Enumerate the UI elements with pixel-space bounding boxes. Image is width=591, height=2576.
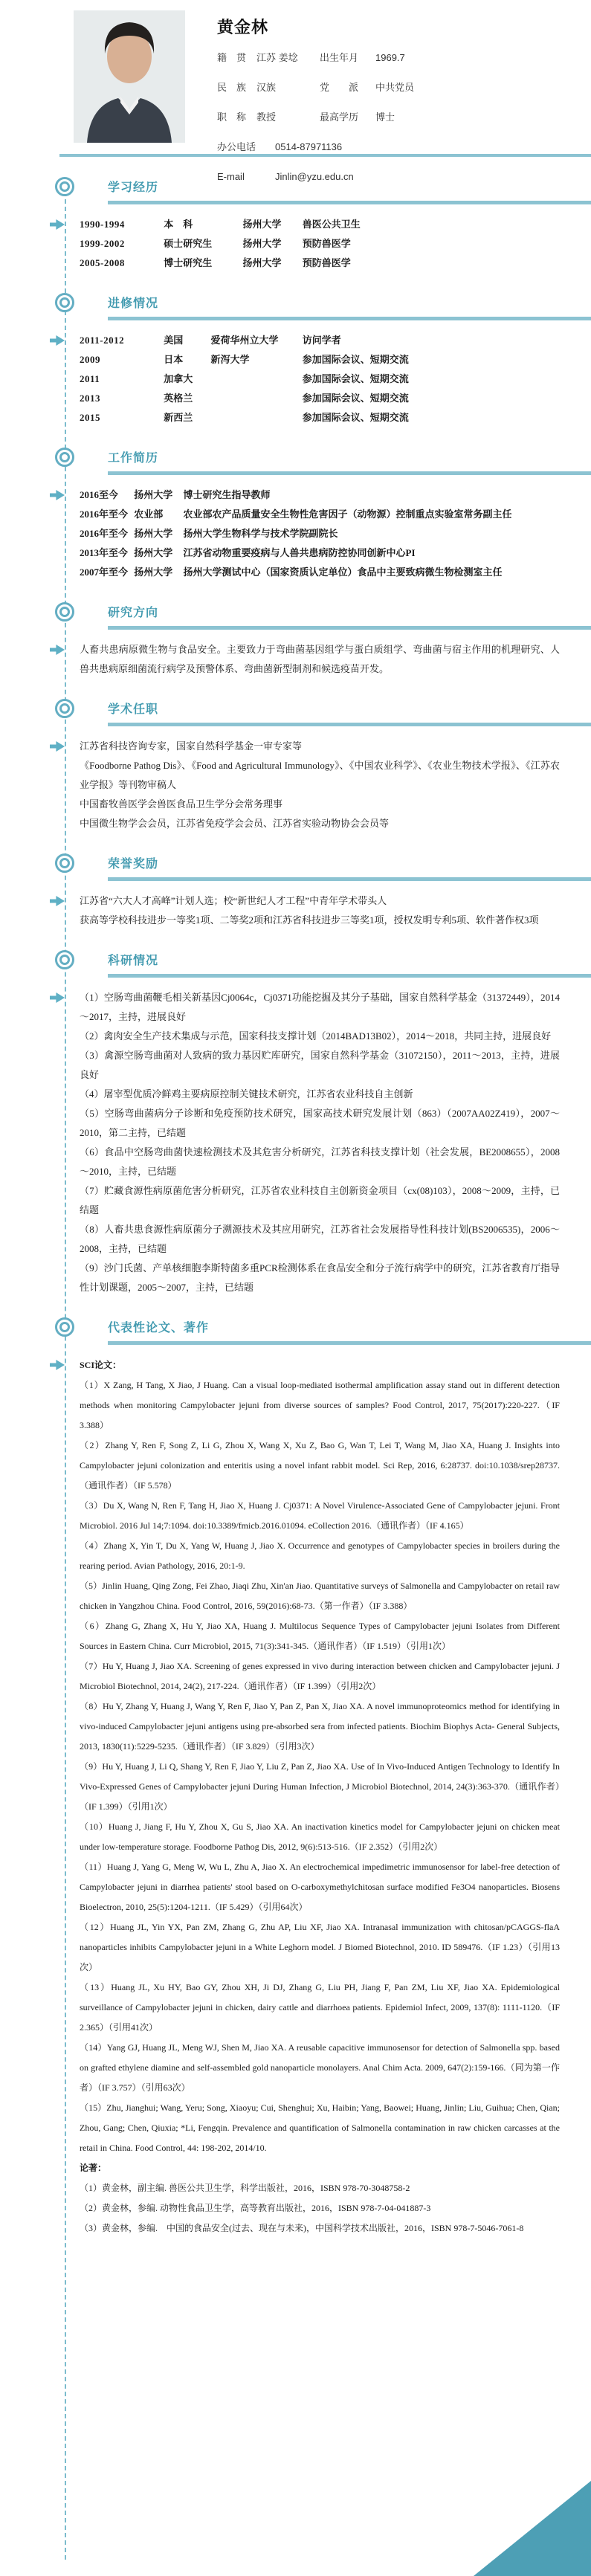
cv-page: 黄金林 籍 贯 江苏 姜埝 出生年月 1969.7 民 族 汉族 党 派 中 bbox=[0, 0, 591, 2576]
training-period: 2015 bbox=[80, 408, 161, 427]
sci-papers-label: SCI论文： bbox=[80, 1355, 560, 1375]
publication-item: （11）Huang J, Yang G, Meng W, Wu L, Zhu A… bbox=[80, 1857, 560, 1917]
project-item: （8）人畜共患食源性病原菌分子溯源技术及其应用研究，江苏省社会发展指导性科技计划… bbox=[80, 1220, 560, 1259]
info-label: 籍 贯 bbox=[217, 48, 256, 68]
arrow-marker-icon bbox=[50, 896, 65, 906]
book-item: （2）黄金林，参编. 动物性食品卫生学，高等教育出版社，2016，ISBN 97… bbox=[80, 2198, 560, 2218]
profile-info-row: 职 称 教授 最高学历 博士 bbox=[217, 107, 569, 127]
edu-degree: 硕士研究生 bbox=[164, 234, 240, 254]
profile-info-rows: 籍 贯 江苏 姜埝 出生年月 1969.7 民 族 汉族 党 派 中共党员 职 … bbox=[217, 48, 569, 127]
info-value: 1969.7 bbox=[375, 48, 405, 68]
work-role: 博士研究生指导教师 bbox=[184, 489, 271, 500]
section-publications: 代表性论文、著作 SCI论文： （1）X Zang, H Tang, X Jia… bbox=[0, 1320, 591, 2238]
info-label: 党 派 bbox=[320, 77, 375, 97]
section-title: 荣誉奖励 bbox=[108, 856, 560, 874]
section-underline bbox=[108, 317, 591, 320]
publication-item: （8）Hu Y, Zhang Y, Huang J, Wang Y, Ren F… bbox=[80, 1697, 560, 1757]
section-training: 进修情况 2011-2012 美国 爱荷华州立大学 访问学者 2009 日本 bbox=[0, 295, 591, 427]
info-value: 汉族 bbox=[256, 77, 320, 97]
training-country: 加拿大 bbox=[164, 369, 208, 389]
research-direction-text: 人畜共患病原微生物与食品安全。主要致力于弯曲菌基因组学与蛋白质组学、弯曲菌与宿主… bbox=[80, 640, 560, 679]
section-underline bbox=[108, 626, 591, 630]
training-row: 2015 新西兰 参加国际会议、短期交流 bbox=[80, 408, 560, 427]
work-row: 2007年至今 扬州大学 扬州大学测试中心（国家资质认定单位）食品中主要致病微生… bbox=[80, 563, 560, 582]
training-activity: 参加国际会议、短期交流 bbox=[303, 393, 409, 404]
info-label: 职 称 bbox=[217, 107, 256, 127]
book-item: （3）黄金林，参编. 中国的食品安全(过去、现在与未来)，中国科学技术出版社，2… bbox=[80, 2218, 560, 2238]
academic-position-item: 《Foodborne Pathog Dis》、《Food and Agricul… bbox=[80, 756, 560, 795]
training-row: 2009 日本 新泻大学 参加国际会议、短期交流 bbox=[80, 350, 560, 369]
academic-position-item: 中国畜牧兽医学会兽医食品卫生学分会常务理事 bbox=[80, 795, 560, 814]
training-country: 日本 bbox=[164, 350, 208, 369]
cv-sections: 学习经历 1990-1994 本 科 扬州大学 兽医公共卫生 1999-2002 bbox=[0, 179, 591, 2238]
publication-item: （6）Zhang G, Zhang X, Hu Y, Jiao XA, Huan… bbox=[80, 1616, 560, 1656]
profile-photo bbox=[74, 10, 185, 143]
training-period: 2013 bbox=[80, 389, 161, 408]
work-role: 农业部农产品质量安全生物性危害因子（动物源）控制重点实验室常务副主任 bbox=[184, 509, 512, 520]
training-country: 美国 bbox=[164, 331, 208, 350]
books-list: （1）黄金林，副主编. 兽医公共卫生学，科学出版社，2016，ISBN 978-… bbox=[80, 2178, 560, 2238]
work-role: 扬州大学测试中心（国家资质认定单位）食品中主要致病微生物检测室主任 bbox=[184, 566, 503, 578]
education-row: 2005-2008 博士研究生 扬州大学 预防兽医学 bbox=[80, 254, 560, 273]
info-value: 教授 bbox=[256, 107, 320, 127]
arrow-marker-icon bbox=[50, 1360, 65, 1370]
training-org: 爱荷华州立大学 bbox=[211, 331, 300, 350]
section-bullet-icon bbox=[55, 950, 74, 969]
arrow-marker-icon bbox=[50, 992, 65, 1003]
publication-item: （2）Zhang Y, Ren F, Song Z, Li G, Zhou X,… bbox=[80, 1436, 560, 1496]
work-employer: 扬州大学 bbox=[134, 563, 181, 582]
profile-header: 黄金林 籍 贯 江苏 姜埝 出生年月 1969.7 民 族 汉族 党 派 中 bbox=[0, 0, 591, 154]
section-education: 学习经历 1990-1994 本 科 扬州大学 兽医公共卫生 1999-2002 bbox=[0, 179, 591, 273]
project-item: （5）空肠弯曲菌病分子诊断和免疫预防技术研究，国家高技术研究发展计划（863）（… bbox=[80, 1104, 560, 1143]
portrait-silhouette-icon bbox=[74, 10, 185, 143]
phone-label: 办公电话 bbox=[217, 137, 275, 157]
corner-triangle-decoration bbox=[474, 2481, 591, 2576]
work-period: 2016至今 bbox=[80, 485, 132, 505]
arrow-marker-icon bbox=[50, 335, 65, 346]
section-underline bbox=[108, 974, 591, 978]
honors-list: 江苏省“六大人才高峰”计划人选；校“新世纪人才工程”中青年学术带头人获高等学校科… bbox=[80, 891, 560, 930]
edu-school: 扬州大学 bbox=[243, 215, 300, 234]
work-row: 2016年至今 农业部 农业部农产品质量安全生物性危害因子（动物源）控制重点实验… bbox=[80, 505, 560, 524]
training-period: 2009 bbox=[80, 350, 161, 369]
section-underline bbox=[108, 877, 591, 881]
edu-school: 扬州大学 bbox=[243, 254, 300, 273]
publication-item: （13）Huang JL, Xu HY, Bao GY, Zhou XH, Ji… bbox=[80, 1978, 560, 2038]
work-role: 扬州大学生物科学与技术学院副院长 bbox=[184, 528, 338, 539]
edu-period: 1999-2002 bbox=[80, 234, 161, 254]
work-period: 2013年至今 bbox=[80, 543, 132, 563]
publication-item: （15）Zhu, Jianghui; Wang, Yeru; Song, Xia… bbox=[80, 2098, 560, 2158]
section-underline bbox=[108, 723, 591, 726]
academic-position-item: 中国微生物学会会员，江苏省免疫学会会员、江苏省实验动物协会会员等 bbox=[80, 814, 560, 833]
section-bullet-icon bbox=[55, 853, 74, 873]
profile-info-row: 籍 贯 江苏 姜埝 出生年月 1969.7 bbox=[217, 48, 569, 68]
work-period: 2016年至今 bbox=[80, 505, 132, 524]
section-title: 学习经历 bbox=[108, 179, 560, 197]
work-row: 2016至今 扬州大学 博士研究生指导教师 bbox=[80, 485, 560, 505]
training-activity: 参加国际会议、短期交流 bbox=[303, 412, 409, 423]
info-value: 中共党员 bbox=[375, 77, 414, 97]
education-row: 1999-2002 硕士研究生 扬州大学 预防兽医学 bbox=[80, 234, 560, 254]
work-period: 2016年至今 bbox=[80, 524, 132, 543]
publication-item: （7）Hu Y, Huang J, Jiao XA. Screening of … bbox=[80, 1656, 560, 1697]
section-title: 工作简历 bbox=[108, 450, 560, 468]
publication-item: （1）X Zang, H Tang, X Jiao, J Huang. Can … bbox=[80, 1375, 560, 1436]
publication-item: （3）Du X, Wang N, Ren F, Tang H, Jiao X, … bbox=[80, 1496, 560, 1536]
education-list: 1990-1994 本 科 扬州大学 兽医公共卫生 1999-2002 硕士研究… bbox=[80, 215, 560, 273]
project-item: （4）屠宰型优质冷鲜鸡主要病原控制关键技术研究，江苏省农业科技自主创新 bbox=[80, 1085, 560, 1104]
training-country: 英格兰 bbox=[164, 389, 208, 408]
academic-positions-list: 江苏省科技咨询专家，国家自然科学基金一审专家等《Foodborne Pathog… bbox=[80, 737, 560, 833]
publication-item: （14）Yang GJ, Huang JL, Meng WJ, Shen M, … bbox=[80, 2038, 560, 2098]
project-item: （3）禽源空肠弯曲菌对人致病的致力基因贮库研究，国家自然科学基金（3107215… bbox=[80, 1046, 560, 1085]
publication-item: （5）Jinlin Huang, Qing Zong, Fei Zhao, Ji… bbox=[80, 1576, 560, 1616]
training-row: 2011 加拿大 参加国际会议、短期交流 bbox=[80, 369, 560, 389]
section-honors: 荣誉奖励 江苏省“六大人才高峰”计划人选；校“新世纪人才工程”中青年学术带头人获… bbox=[0, 856, 591, 930]
training-activity: 访问学者 bbox=[303, 335, 341, 346]
section-bullet-icon bbox=[55, 448, 74, 467]
edu-degree: 博士研究生 bbox=[164, 254, 240, 273]
training-row: 2011-2012 美国 爱荷华州立大学 访问学者 bbox=[80, 331, 560, 350]
training-row: 2013 英格兰 参加国际会议、短期交流 bbox=[80, 389, 560, 408]
training-period: 2011 bbox=[80, 369, 161, 389]
section-bullet-icon bbox=[55, 602, 74, 622]
edu-major: 预防兽医学 bbox=[303, 238, 351, 249]
sci-papers-list: （1）X Zang, H Tang, X Jiao, J Huang. Can … bbox=[80, 1375, 560, 2158]
work-employer: 扬州大学 bbox=[134, 485, 181, 505]
profile-info-block: 黄金林 籍 贯 江苏 姜埝 出生年月 1969.7 民 族 汉族 党 派 中 bbox=[217, 15, 569, 196]
info-value: 博士 bbox=[375, 107, 395, 127]
arrow-marker-icon bbox=[50, 645, 65, 655]
project-item: （2）禽肉安全生产技术集成与示范，国家科技支撑计划（2014BAD13B02），… bbox=[80, 1027, 560, 1046]
academic-position-item: 江苏省科技咨询专家，国家自然科学基金一审专家等 bbox=[80, 737, 560, 756]
section-title: 代表性论文、著作 bbox=[108, 1320, 560, 1337]
training-org: 新泻大学 bbox=[211, 350, 300, 369]
project-item: （1）空肠弯曲菌鞭毛相关新基因Cj0064c，Cj0371功能挖掘及其分子基础，… bbox=[80, 988, 560, 1027]
section-title: 研究方向 bbox=[108, 604, 560, 622]
section-title: 科研情况 bbox=[108, 952, 560, 970]
projects-list: （1）空肠弯曲菌鞭毛相关新基因Cj0064c，Cj0371功能挖掘及其分子基础，… bbox=[80, 988, 560, 1297]
arrow-marker-icon bbox=[50, 490, 65, 500]
info-value: 江苏 姜埝 bbox=[256, 48, 320, 68]
phone-value: 0514-87971136 bbox=[275, 137, 342, 157]
honor-item: 获高等学校科技进步一等奖1项、二等奖2项和江苏省科技进步三等奖1项，授权发明专利… bbox=[80, 911, 560, 930]
work-row: 2016年至今 扬州大学 扬州大学生物科学与技术学院副院长 bbox=[80, 524, 560, 543]
publication-item: （9）Hu Y, Huang J, Li Q, Shang Y, Ren F, … bbox=[80, 1757, 560, 1817]
phone-row: 办公电话 0514-87971136 bbox=[217, 137, 569, 157]
training-activity: 参加国际会议、短期交流 bbox=[303, 354, 409, 365]
edu-major: 预防兽医学 bbox=[303, 257, 351, 268]
training-activity: 参加国际会议、短期交流 bbox=[303, 373, 409, 384]
project-item: （6）食品中空肠弯曲菌快速检测技术及其危害分析研究，江苏省科技支撑计划（社会发展… bbox=[80, 1143, 560, 1181]
work-role: 江苏省动物重要疫病与人兽共患病防控协同创新中心PI bbox=[184, 547, 416, 558]
section-underline bbox=[108, 1341, 591, 1345]
edu-degree: 本 科 bbox=[164, 215, 240, 234]
section-work: 工作简历 2016至今 扬州大学 博士研究生指导教师 2016年至今 农业部 bbox=[0, 450, 591, 582]
training-country: 新西兰 bbox=[164, 408, 208, 427]
edu-period: 2005-2008 bbox=[80, 254, 161, 273]
publication-item: （12）Huang JL, Yin YX, Pan ZM, Zhang G, Z… bbox=[80, 1917, 560, 1978]
work-period: 2007年至今 bbox=[80, 563, 132, 582]
section-projects: 科研情况 （1）空肠弯曲菌鞭毛相关新基因Cj0064c，Cj0371功能挖掘及其… bbox=[0, 952, 591, 1297]
info-label: 出生年月 bbox=[320, 48, 375, 68]
edu-period: 1990-1994 bbox=[80, 215, 161, 234]
section-research-direction: 研究方向 人畜共患病原微生物与食品安全。主要致力于弯曲菌基因组学与蛋白质组学、弯… bbox=[0, 604, 591, 679]
books-label: 论著： bbox=[80, 2158, 560, 2178]
book-item: （1）黄金林，副主编. 兽医公共卫生学，科学出版社，2016，ISBN 978-… bbox=[80, 2178, 560, 2198]
work-employer: 扬州大学 bbox=[134, 524, 181, 543]
section-bullet-icon bbox=[55, 293, 74, 312]
work-row: 2013年至今 扬州大学 江苏省动物重要疫病与人兽共患病防控协同创新中心PI bbox=[80, 543, 560, 563]
edu-school: 扬州大学 bbox=[243, 234, 300, 254]
profile-info-row: 民 族 汉族 党 派 中共党员 bbox=[217, 77, 569, 97]
publication-item: （4）Zhang X, Yin T, Du X, Yang W, Huang J… bbox=[80, 1536, 560, 1576]
education-row: 1990-1994 本 科 扬州大学 兽医公共卫生 bbox=[80, 215, 560, 234]
work-employer: 扬州大学 bbox=[134, 543, 181, 563]
publication-item: （10）Huang J, Jiang F, Hu Y, Zhou X, Gu S… bbox=[80, 1817, 560, 1857]
section-underline bbox=[108, 471, 591, 475]
info-label: 最高学历 bbox=[320, 107, 375, 127]
section-title: 进修情况 bbox=[108, 295, 560, 313]
training-list: 2011-2012 美国 爱荷华州立大学 访问学者 2009 日本 新泻大学 参… bbox=[80, 331, 560, 427]
work-list: 2016至今 扬州大学 博士研究生指导教师 2016年至今 农业部 农业部农产品… bbox=[80, 485, 560, 582]
arrow-marker-icon bbox=[50, 741, 65, 752]
section-title: 学术任职 bbox=[108, 701, 560, 719]
section-underline bbox=[108, 201, 591, 204]
training-period: 2011-2012 bbox=[80, 331, 161, 350]
edu-major: 兽医公共卫生 bbox=[303, 219, 361, 230]
section-academic-positions: 学术任职 江苏省科技咨询专家，国家自然科学基金一审专家等《Foodborne P… bbox=[0, 701, 591, 833]
project-item: （7）贮藏食源性病原菌危害分析研究，江苏省农业科技自主创新资金项目（cx(08)… bbox=[80, 1181, 560, 1220]
section-bullet-icon bbox=[55, 699, 74, 718]
project-item: （9）沙门氏菌、产单核细胞李斯特菌多重PCR检测体系在食品安全和分子流行病学中的… bbox=[80, 1259, 560, 1297]
work-employer: 农业部 bbox=[134, 505, 181, 524]
honor-item: 江苏省“六大人才高峰”计划人选；校“新世纪人才工程”中青年学术带头人 bbox=[80, 891, 560, 911]
arrow-marker-icon bbox=[50, 219, 65, 230]
section-bullet-icon bbox=[55, 177, 74, 196]
section-bullet-icon bbox=[55, 1317, 74, 1337]
info-label: 民 族 bbox=[217, 77, 256, 97]
person-name: 黄金林 bbox=[217, 15, 569, 38]
